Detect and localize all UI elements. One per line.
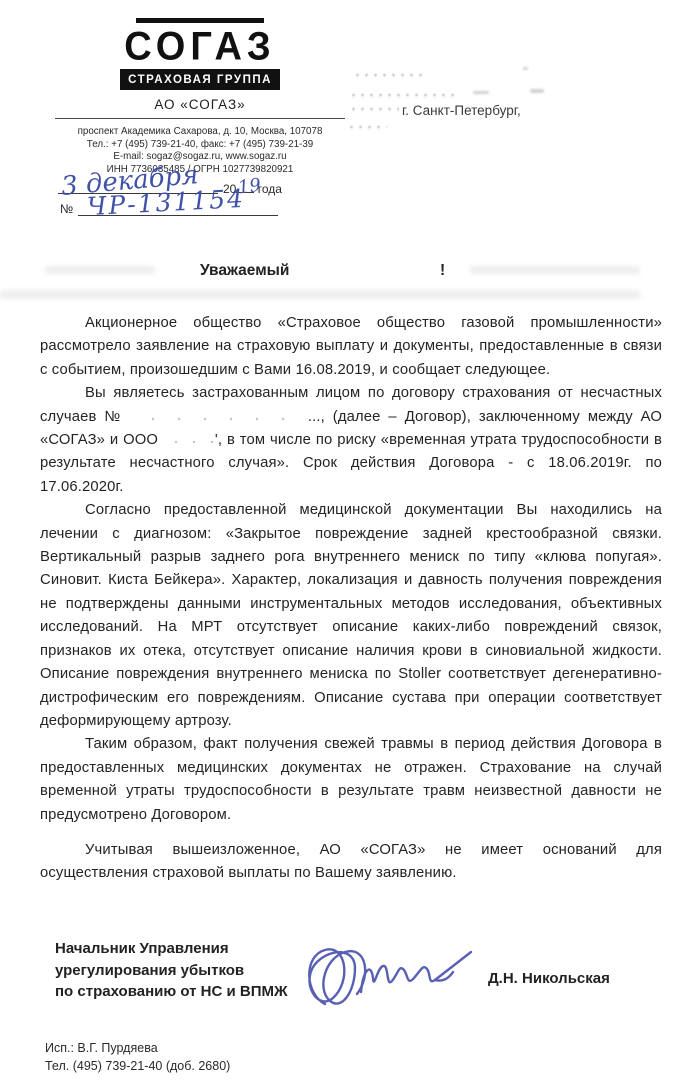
redacted-smudge: [349, 107, 399, 112]
logo-wordmark: СОГАЗ: [120, 26, 280, 68]
signer-position-line: Начальник Управления: [55, 938, 288, 960]
redacted-smudge: [353, 73, 423, 78]
signer-position: Начальник Управления урегулирования убыт…: [55, 938, 288, 1003]
bleedthrough-ghost-text: [45, 266, 155, 274]
sogaz-logo: СОГАЗ СТРАХОВАЯ ГРУППА: [120, 18, 280, 90]
company-name: АО «СОГАЗ»: [55, 97, 345, 112]
bleedthrough-ghost-text: [0, 290, 640, 299]
year-group: 2019 года: [223, 182, 282, 196]
paragraph-conclusion: Таким образом, факт получения свежей тра…: [40, 733, 662, 827]
paragraph-contract: Вы являетесь застрахованным лицом по дог…: [40, 382, 662, 499]
year-prefix: 20: [223, 182, 236, 196]
redacted-smudge: [473, 91, 489, 94]
number-row: № ЧР-131154: [55, 200, 355, 222]
logo-subtitle-badge: СТРАХОВАЯ ГРУППА: [120, 69, 280, 90]
address-line: Тел.: +7 (495) 739-21-40, факс: +7 (495)…: [55, 139, 345, 152]
year-underline: 19: [236, 192, 254, 193]
salutation-word: Уважаемый: [200, 262, 289, 280]
address-line: проспект Академика Сахарова, д. 10, Моск…: [55, 126, 345, 139]
signer-position-line: урегулирования убытков: [55, 960, 288, 982]
letter-body: Акционерное общество «Страховое общество…: [40, 312, 662, 886]
company-address: проспект Академика Сахарова, д. 10, Моск…: [55, 126, 345, 176]
address-line: E-mail: sogaz@sogaz.ru, www.sogaz.ru: [55, 151, 345, 164]
signer-position-line: по страхованию от НС и ВПМЖ: [55, 981, 288, 1003]
letterhead: СОГАЗ СТРАХОВАЯ ГРУППА АО «СОГАЗ» проспе…: [55, 18, 345, 176]
salutation-row: Уважаемый !: [0, 260, 700, 305]
recipient-block: г. Санкт-Петербург,: [345, 45, 645, 155]
logo-top-bar-icon: [136, 18, 264, 23]
letter-page: СОГАЗ СТРАХОВАЯ ГРУППА АО «СОГАЗ» проспе…: [0, 0, 700, 1091]
executor-name: Исп.: В.Г. Пурдяева: [45, 1040, 230, 1058]
paragraph-medical: Согласно предоставленной медицинской док…: [40, 499, 662, 733]
paragraph-intro: Акционерное общество «Страховое общество…: [40, 312, 662, 382]
recipient-city: г. Санкт-Петербург,: [402, 103, 521, 118]
paragraph-decision: Учитывая вышеизложенное, АО «СОГАЗ» не и…: [40, 839, 662, 886]
redacted-company-name: [163, 438, 215, 444]
address-line: ИНН 7736035485 / ОГРН 1027739820921: [55, 164, 345, 177]
executor-footer: Исп.: В.Г. Пурдяева Тел. (495) 739-21-40…: [45, 1040, 230, 1075]
redacted-contract-number: [132, 415, 300, 421]
signature-block: Начальник Управления урегулирования убыт…: [0, 930, 700, 1040]
number-underline: [78, 215, 278, 216]
redacted-smudge: [523, 67, 528, 70]
signer-name: Д.Н. Никольская: [488, 970, 610, 987]
handwritten-signature-icon: [295, 920, 485, 1040]
date-underline: [58, 193, 218, 194]
number-label: №: [60, 202, 73, 216]
letterhead-divider: [55, 118, 345, 119]
date-row: 3 декабря 2019 года: [55, 180, 355, 200]
redacted-smudge: [530, 89, 544, 93]
redacted-smudge: [347, 125, 387, 130]
salutation-exclamation: !: [440, 262, 445, 280]
executor-phone: Тел. (495) 739-21-40 (доб. 2680): [45, 1058, 230, 1076]
year-suffix: года: [258, 182, 282, 196]
bleedthrough-ghost-text: [470, 266, 640, 274]
redacted-smudge: [349, 93, 459, 98]
